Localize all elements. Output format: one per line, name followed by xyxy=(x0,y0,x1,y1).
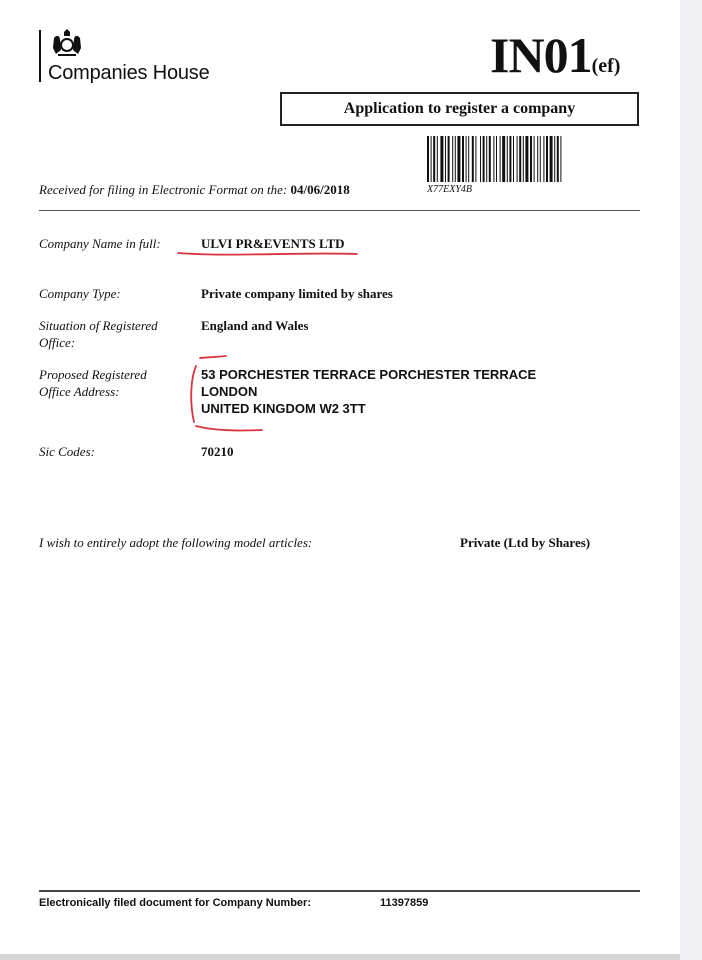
page-side-margin xyxy=(680,0,702,960)
address-line-1: 53 PORCHESTER TERRACE PORCHESTER TERRACE xyxy=(201,366,536,383)
company-type-value: Private company limited by shares xyxy=(201,285,393,302)
address-line-2: LONDON xyxy=(201,383,257,400)
received-label: Received for filing in Electronic Format… xyxy=(39,182,287,197)
address-label: Proposed Registered Office Address: xyxy=(39,366,179,400)
address-line-3: UNITED KINGDOM W2 3TT xyxy=(201,400,366,417)
footer-label: Electronically filed document for Compan… xyxy=(39,897,311,909)
situation-value: England and Wales xyxy=(201,317,308,334)
received-date: 04/06/2018 xyxy=(291,182,350,197)
model-articles-label: I wish to entirely adopt the following m… xyxy=(39,534,359,551)
company-name-value: ULVI PR&EVENTS LTD xyxy=(201,235,345,252)
footer-divider xyxy=(39,890,640,892)
form-code-suffix: (ef) xyxy=(592,55,621,77)
sic-codes-value: 70210 xyxy=(201,443,234,460)
company-type-label: Company Type: xyxy=(39,285,179,302)
model-articles-value: Private (Ltd by Shares) xyxy=(460,534,590,551)
company-number: 11397859 xyxy=(380,897,428,909)
situation-label: Situation of Registered Office: xyxy=(39,317,179,351)
received-line: Received for filing in Electronic Format… xyxy=(39,182,350,198)
companies-house-logo: Companies House xyxy=(48,62,210,85)
barcode xyxy=(427,136,640,182)
form-code: IN01(ef) xyxy=(490,26,620,95)
page-bottom-edge xyxy=(0,954,680,960)
divider xyxy=(39,210,640,211)
form-title: Application to register a company xyxy=(280,92,639,126)
logo-divider xyxy=(39,30,41,82)
form-code-main: IN01 xyxy=(490,27,592,83)
sic-codes-label: Sic Codes: xyxy=(39,443,179,460)
royal-crest-icon xyxy=(50,28,84,58)
barcode-id: X77EXY4B xyxy=(427,184,472,195)
company-name-label: Company Name in full: xyxy=(39,235,179,252)
